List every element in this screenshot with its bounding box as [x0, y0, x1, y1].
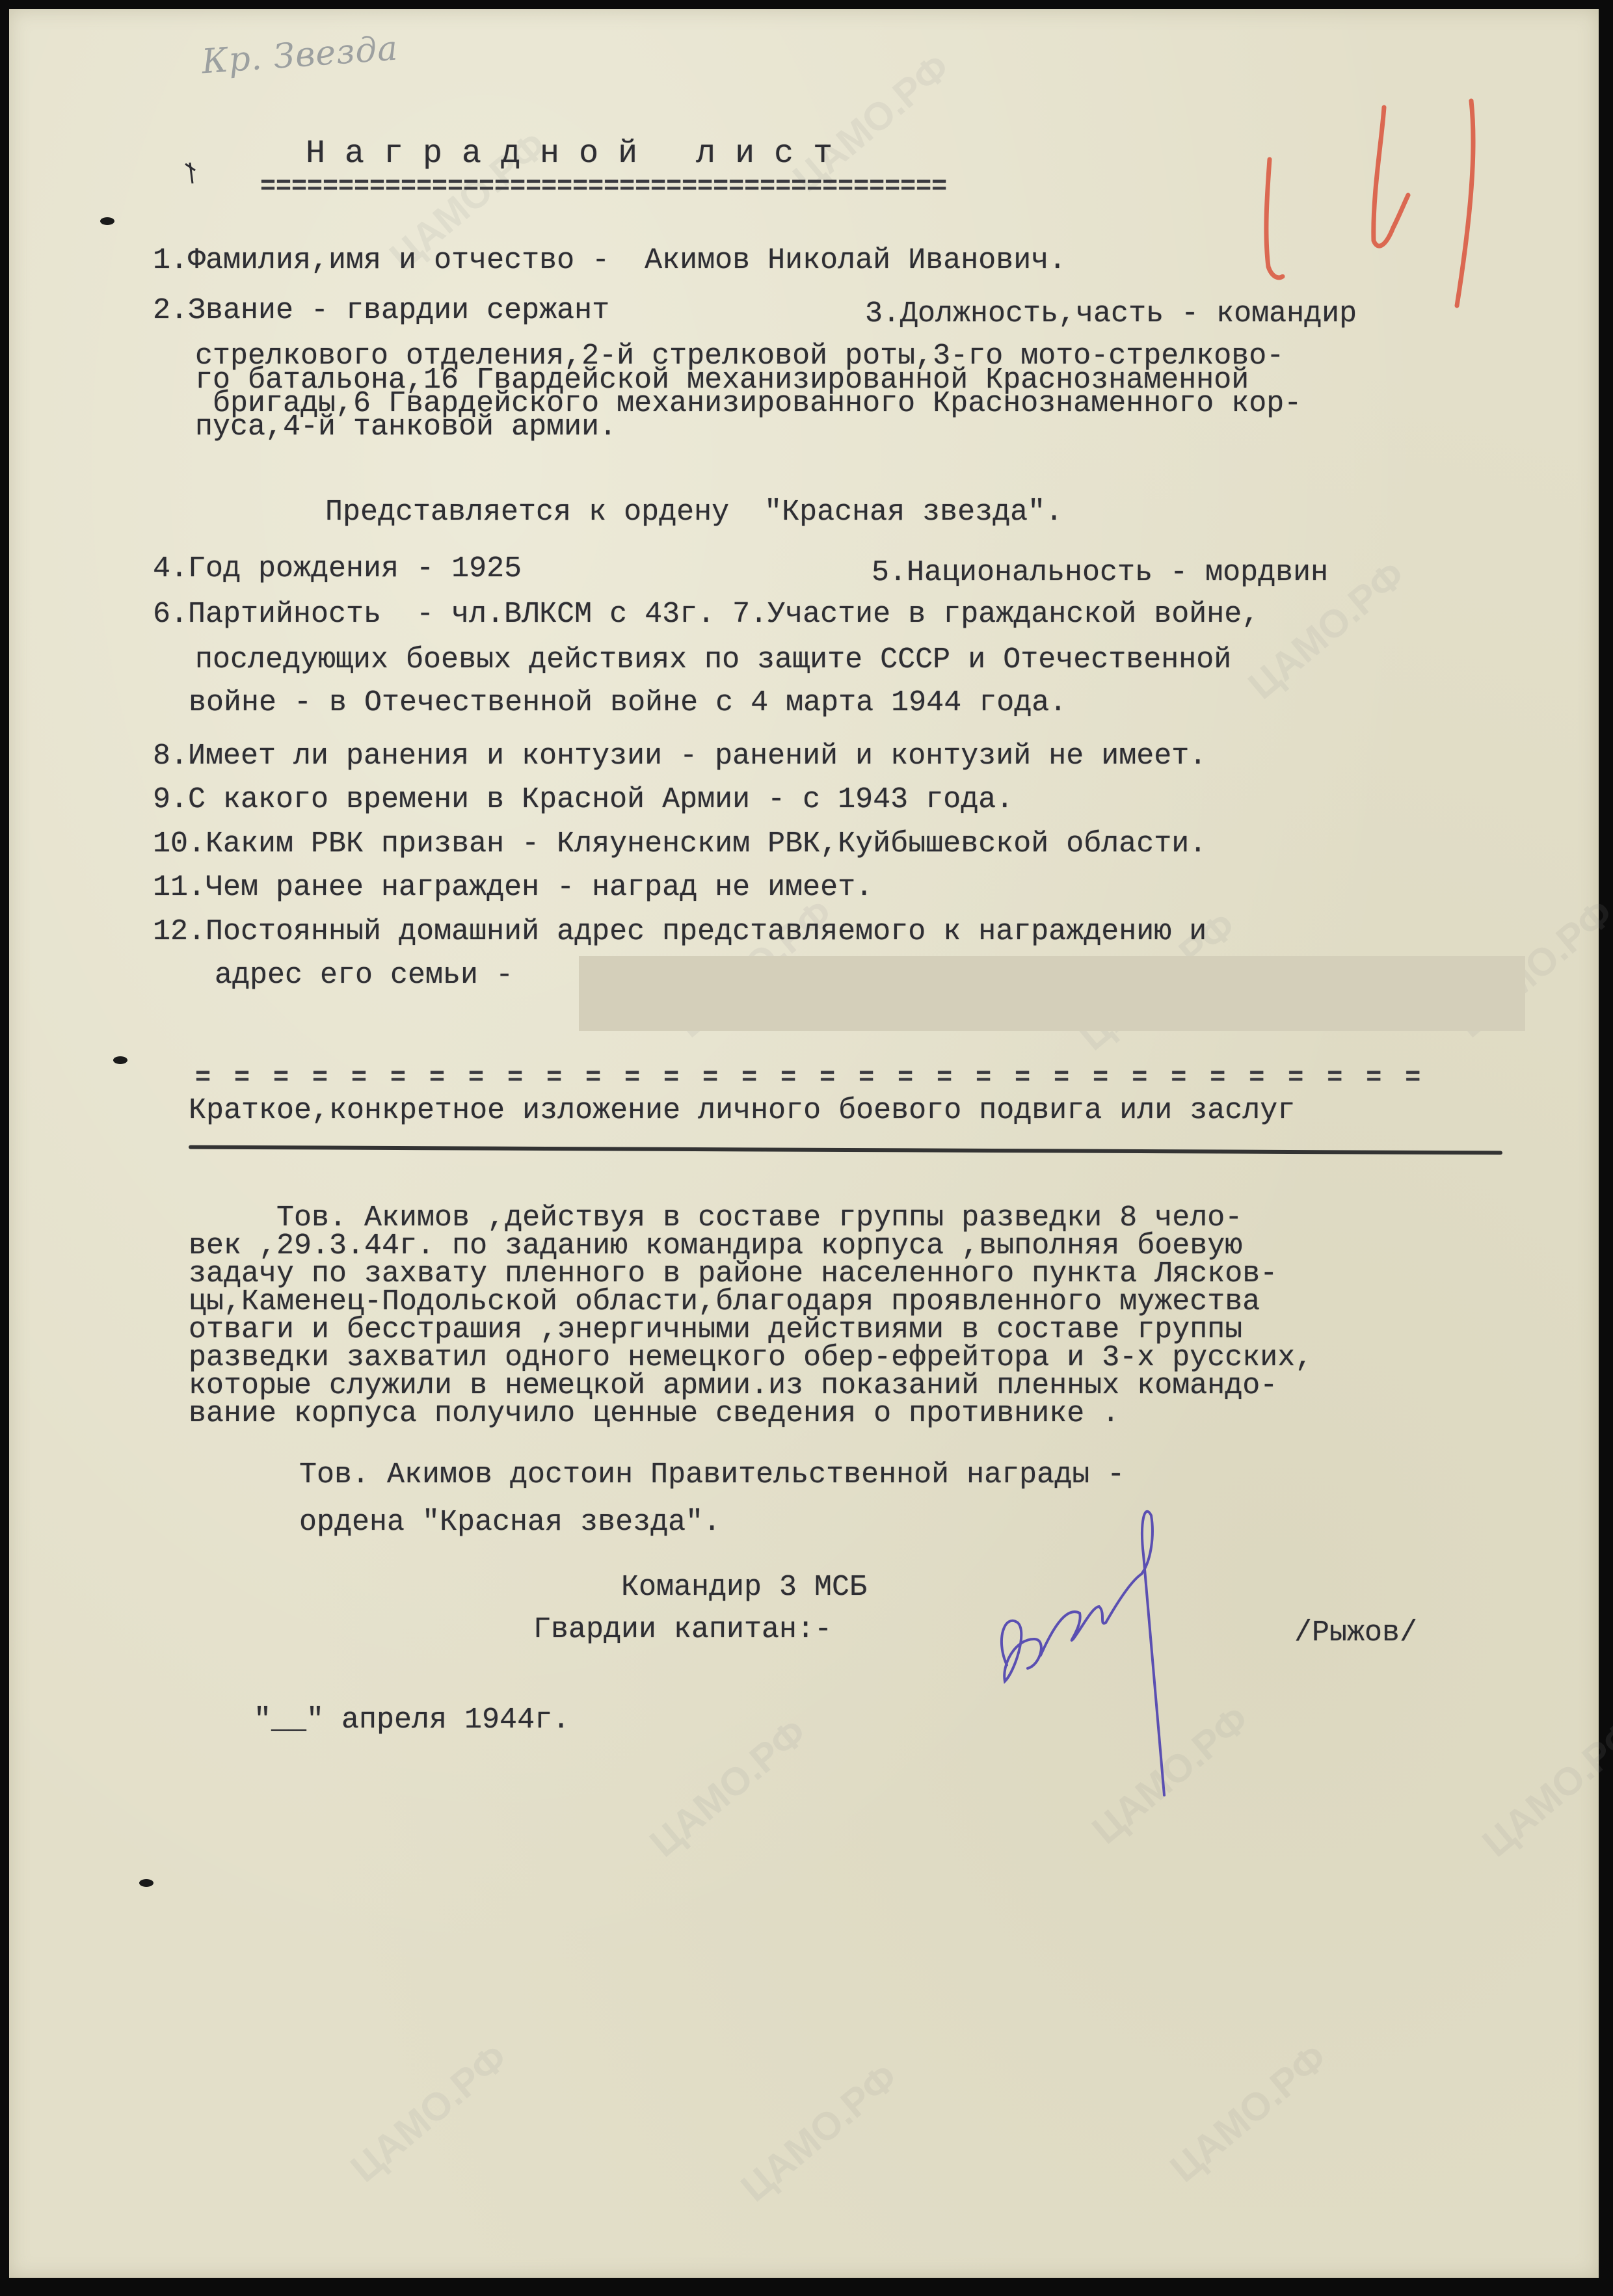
handwritten-marks: [0, 0, 1613, 2296]
red-pencil-mark: [1457, 101, 1473, 306]
red-pencil-mark: [1266, 159, 1283, 278]
red-pencil-mark: [1374, 107, 1408, 246]
pencil-tick: [185, 163, 195, 183]
signature: [1002, 1512, 1164, 1795]
